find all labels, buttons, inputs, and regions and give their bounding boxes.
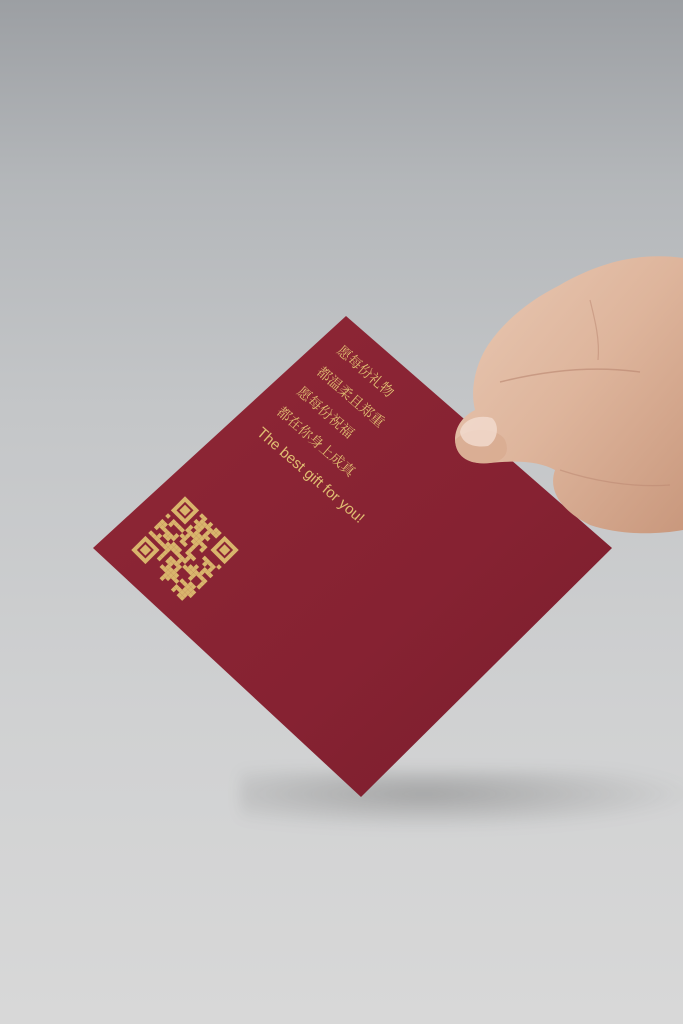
photo-scene: 愿每份礼物 都温柔且郑重 愿每份祝福 都在你身上成真 The best gift… [0,0,683,1024]
card-illustration: 愿每份礼物 都温柔且郑重 愿每份祝福 都在你身上成真 The best gift… [0,0,683,1024]
